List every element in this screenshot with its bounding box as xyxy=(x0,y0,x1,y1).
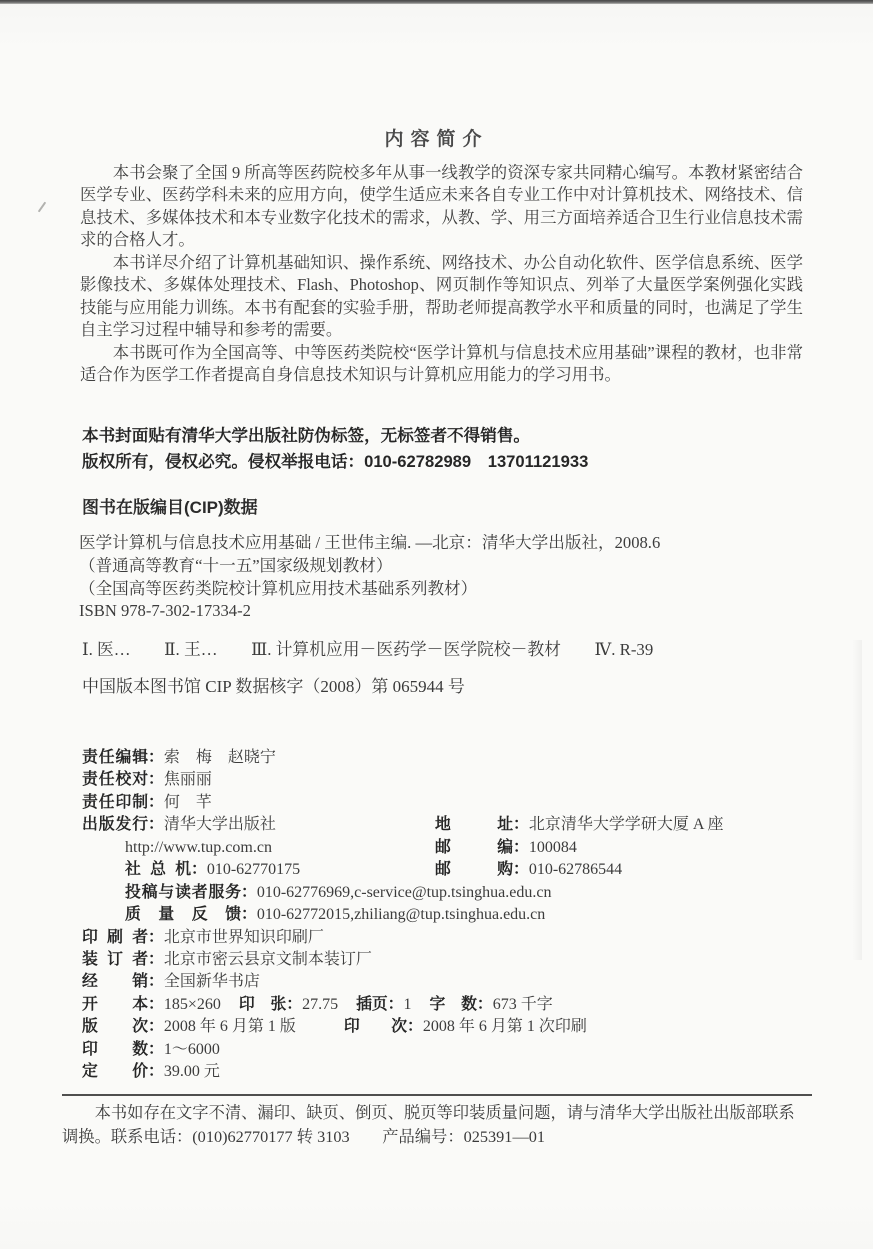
cip-heading: 图书在版编目(CIP)数据 xyxy=(82,493,258,518)
quality-feedback-pair: 质量反馈：010-62772015,zhiliang@tup.tsinghua.… xyxy=(125,904,545,926)
colon: ： xyxy=(388,996,404,1013)
colophon-value: 北京市世界知识印刷厂 xyxy=(164,929,324,946)
colophon-value: 索 梅 赵晓宁 xyxy=(164,749,276,766)
colophon-value: 全国新华书店 xyxy=(164,973,260,990)
colophon-row: 定价：39.00 元 xyxy=(82,1061,842,1083)
colophon-value: 39.00 元 xyxy=(164,1063,220,1080)
colophon-row: 版次：2008 年 6 月第 1 版印 次：2008 年 6 月第 1 次印刷 xyxy=(82,1016,842,1038)
colophon-label: 开本 xyxy=(82,994,148,1016)
reader-service-pair: 投稿与读者服务：010-62776969,c-service@tup.tsing… xyxy=(125,882,551,904)
colophon-label: 出版发行 xyxy=(82,814,148,836)
isbn-line: ISBN 978-7-302-17334-2 xyxy=(79,600,803,623)
colophon-value: 010-62786544 xyxy=(529,861,622,878)
colophon-value: 673 千字 xyxy=(493,996,553,1013)
colophon-label: 社总机 xyxy=(125,859,191,881)
colophon-label: 印数 xyxy=(82,1039,148,1061)
content-intro-title: 内容简介 xyxy=(0,124,873,151)
colophon-label: 字 数 xyxy=(429,994,476,1016)
mail-order-pair: 邮购：010-62786544 xyxy=(435,859,622,881)
colophon-label: 印 次 xyxy=(344,1016,407,1038)
colophon-row: 责任编辑：索 梅 赵晓宁 xyxy=(82,747,842,769)
colophon-label: 责任印制 xyxy=(82,792,148,814)
colophon-value: 1 xyxy=(403,996,411,1013)
colophon-row: 开本：185×260印 张：27.75插页：1字 数：673 千字 xyxy=(82,994,842,1016)
colophon-value: 100084 xyxy=(529,839,577,856)
colon: ： xyxy=(407,1018,423,1035)
colon: ： xyxy=(148,816,164,833)
quality-note-line: 调换。联系电话：(010)62770177 转 3103 产品编号：025391… xyxy=(62,1125,815,1149)
address-pair: 地址：北京清华大学学研大厦 A 座 xyxy=(435,814,724,836)
cip-title-line: 医学计算机与信息技术应用基础 / 王世伟主编. —北京：清华大学出版社，2008… xyxy=(79,532,803,555)
scan-shadow-right xyxy=(852,640,862,960)
colon: ： xyxy=(148,1041,164,1058)
colon: ： xyxy=(148,1018,164,1035)
colon: ： xyxy=(148,771,164,788)
colophon-value: 010-62776969,c-service@tup.tsinghua.edu.… xyxy=(257,884,552,901)
colophon-label: 定价 xyxy=(82,1061,148,1083)
colophon-row: 质量反馈：010-62772015,zhiliang@tup.tsinghua.… xyxy=(82,904,842,926)
colophon-label: 地址 xyxy=(435,814,513,836)
intro-section: 本书会聚了全国 9 所高等医药院校多年从事一线教学的资深专家共同精心编写。本教材… xyxy=(80,162,803,387)
colophon-value: 010-62770175 xyxy=(207,861,300,878)
pen-mark xyxy=(38,202,47,213)
colophon-row: 印刷者：北京市世界知识印刷厂 xyxy=(82,927,842,949)
colophon-label: 投稿与读者服务 xyxy=(125,882,241,904)
colon: ： xyxy=(513,839,529,856)
colon: ： xyxy=(148,794,164,811)
colophon-row: 印数：1～6000 xyxy=(82,1039,842,1061)
copyright-hotline-line: 版权所有，侵权必究。侵权举报电话：010-62782989 1370112193… xyxy=(82,449,588,475)
cip-series-line-2: （全国高等医药类院校计算机应用技术基础系列教材） xyxy=(79,578,803,601)
colon: ： xyxy=(148,1063,164,1080)
colon: ： xyxy=(477,996,493,1013)
footer-divider xyxy=(62,1094,812,1096)
colophon-label: 责任编辑 xyxy=(82,747,148,769)
colophon-value: 北京市密云县京文制本装订厂 xyxy=(164,951,372,968)
colophon-row: 投稿与读者服务：010-62776969,c-service@tup.tsing… xyxy=(82,882,842,904)
colophon-value: 何 芊 xyxy=(164,794,212,811)
colophon-value: 010-62772015,zhiliang@tup.tsinghua.edu.c… xyxy=(257,906,545,923)
quality-note-line: 本书如存在文字不清、漏印、缺页、倒页、脱页等印装质量问题，请与清华大学出版社出版… xyxy=(62,1101,815,1125)
colophon-value: 2008 年 6 月第 1 版 xyxy=(164,1018,296,1035)
switchboard-pair: 社总机：010-62770175 xyxy=(125,859,300,881)
colophon-label: 经销 xyxy=(82,971,148,993)
colophon-label: 质量反馈 xyxy=(125,904,241,926)
colophon-value: 2008 年 6 月第 1 次印刷 xyxy=(423,1018,587,1035)
publisher-url: http://www.tup.com.cn xyxy=(125,837,272,859)
colophon-label: 插页 xyxy=(356,994,388,1016)
cip-entry: 医学计算机与信息技术应用基础 / 王世伟主编. —北京：清华大学出版社，2008… xyxy=(79,532,803,623)
colophon-label: 邮编 xyxy=(435,837,513,859)
colon: ： xyxy=(286,996,302,1013)
colophon-row: 责任校对：焦丽丽 xyxy=(82,769,842,791)
colon: ： xyxy=(513,861,529,878)
colophon: 责任编辑：索 梅 赵晓宁 责任校对：焦丽丽 责任印制：何 芊 出版发行：清华大学… xyxy=(82,747,842,1084)
colophon-value: 清华大学出版社 xyxy=(164,816,276,833)
colon: ： xyxy=(148,929,164,946)
colophon-label: 责任校对 xyxy=(82,769,148,791)
colophon-label: 版次 xyxy=(82,1016,148,1038)
colophon-row: 责任印制：何 芊 xyxy=(82,792,842,814)
colon: ： xyxy=(148,749,164,766)
intro-paragraph: 本书既可作为全国高等、中等医药类院校“医学计算机与信息技术应用基础”课程的教材，… xyxy=(80,342,803,387)
quality-note: 本书如存在文字不清、漏印、缺页、倒页、脱页等印装质量问题，请与清华大学出版社出版… xyxy=(62,1101,815,1149)
colophon-row: 社总机：010-62770175 邮购：010-62786544 xyxy=(82,859,842,881)
colon: ： xyxy=(148,996,164,1013)
colophon-label: 印 张 xyxy=(239,994,286,1016)
anti-piracy-notice: 本书封面贴有清华大学出版社防伪标签，无标签者不得销售。 版权所有，侵权必究。侵权… xyxy=(82,423,588,474)
colophon-value: 185×260 xyxy=(164,996,221,1013)
colophon-value: 1～6000 xyxy=(164,1041,220,1058)
anti-piracy-line: 本书封面贴有清华大学出版社防伪标签，无标签者不得销售。 xyxy=(82,423,588,449)
postcode-pair: 邮编：100084 xyxy=(435,837,577,859)
colon: ： xyxy=(148,951,164,968)
colophon-value: 27.75 xyxy=(302,996,338,1013)
colophon-row: 装订者：北京市密云县京文制本装订厂 xyxy=(82,949,842,971)
colon: ： xyxy=(148,973,164,990)
scan-edge-top xyxy=(0,0,873,4)
colophon-label: 邮购 xyxy=(435,859,513,881)
colon: ： xyxy=(241,884,257,901)
colophon-value: 焦丽丽 xyxy=(164,771,212,788)
cip-series-line-1: （普通高等教育“十一五”国家级规划教材） xyxy=(79,555,803,578)
colophon-row: 出版发行：清华大学出版社 地址：北京清华大学学研大厦 A 座 xyxy=(82,814,842,836)
intro-paragraph: 本书详尽介绍了计算机基础知识、操作系统、网络技术、办公自动化软件、医学信息系统、… xyxy=(80,252,803,342)
book-copyright-page: 内容简介 本书会聚了全国 9 所高等医药院校多年从事一线教学的资深专家共同精心编… xyxy=(0,0,873,1249)
cip-registry-number: 中国版本图书馆 CIP 数据核字（2008）第 065944 号 xyxy=(82,672,465,697)
intro-paragraph: 本书会聚了全国 9 所高等医药院校多年从事一线教学的资深专家共同精心编写。本教材… xyxy=(80,162,803,252)
colophon-row: 经销：全国新华书店 xyxy=(82,971,842,993)
colon: ： xyxy=(191,861,207,878)
colophon-row: http://www.tup.com.cn 邮编：100084 xyxy=(82,837,842,859)
colophon-value: 北京清华大学学研大厦 A 座 xyxy=(529,816,724,833)
colon: ： xyxy=(513,816,529,833)
colophon-label: 印刷者 xyxy=(82,927,148,949)
colon: ： xyxy=(241,906,257,923)
cip-classification: Ⅰ. 医… Ⅱ. 王… Ⅲ. 计算机应用－医药学－医学院校－教材 Ⅳ. R-39 xyxy=(82,636,653,660)
colophon-label: 装订者 xyxy=(82,949,148,971)
